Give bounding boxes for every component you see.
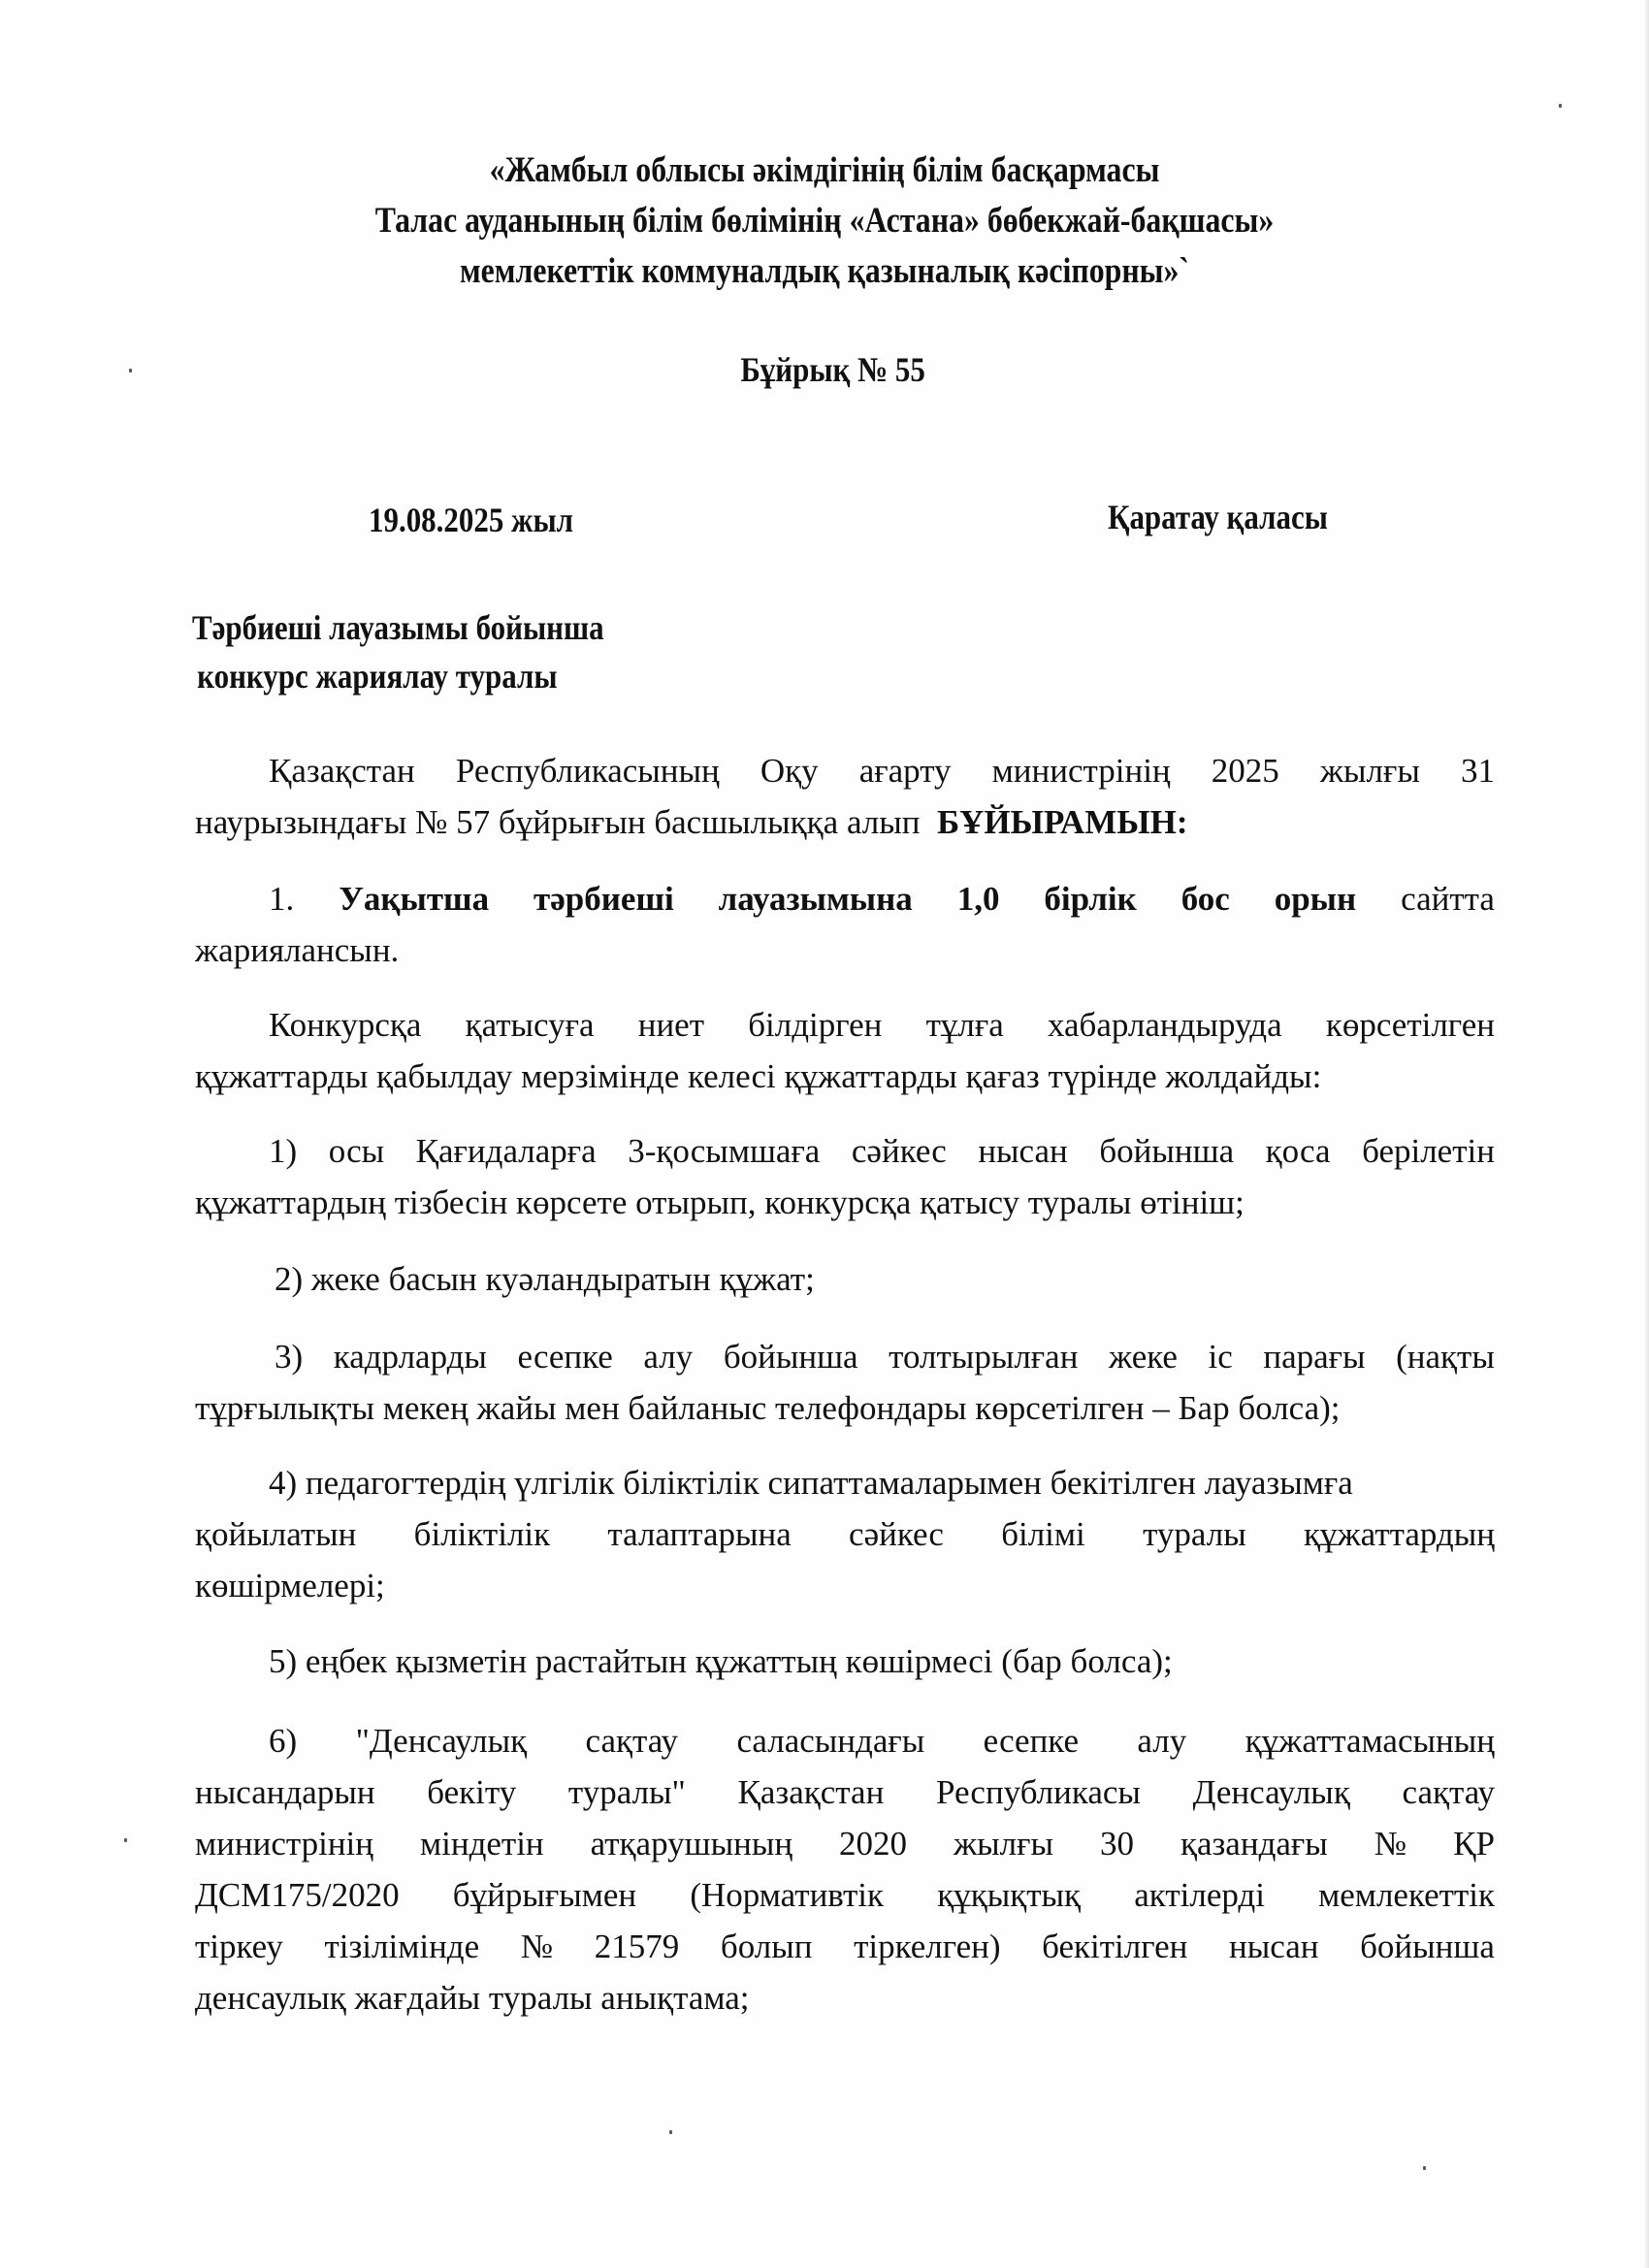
intro-line-2: наурызындағы № 57 бұйрығын басшылыққа ал… xyxy=(195,796,1495,848)
order-title: Бұйрық № 55 xyxy=(115,349,1534,390)
document-list-item-6: 6) "Денсаулық сақтау саласындағы есепке … xyxy=(195,1715,1495,2024)
item1-line-2: жариялансын. xyxy=(195,924,1495,976)
scan-speck xyxy=(124,1838,127,1842)
item1-line-1: 1. Уақытша тәрбиеші лауазымына 1,0 бірлі… xyxy=(195,873,1495,924)
subject-line-2: конкурс жариялау туралы xyxy=(192,652,604,700)
document-list-item-5: 5) еңбек қызметін растайтын құжаттың көш… xyxy=(195,1636,1495,1687)
decree-keyword: БҰЙЫРАМЫН: xyxy=(937,803,1187,841)
document-page: «Жамбыл облысы әкімдігінің білім басқарм… xyxy=(0,0,1649,2268)
scan-speck xyxy=(1423,2166,1426,2170)
order-date: 19.08.2025 жыл xyxy=(369,500,573,540)
intro-paragraph: Қазақстан Республикасының Оқу ағарту мин… xyxy=(195,745,1495,848)
intro-line-1: Қазақстан Республикасының Оқу ағарту мин… xyxy=(195,745,1495,796)
documents-intro-paragraph: Конкурсқа қатысуға ниет білдірген тұлға … xyxy=(195,999,1495,1102)
document-list-item-2: 2) жеке басын куәландыратын құжат; xyxy=(195,1253,1495,1305)
subject-line-1: Тәрбиеші лауазымы бойынша xyxy=(192,603,604,652)
scan-edge-shadow xyxy=(1643,0,1649,2268)
scan-speck xyxy=(129,369,132,373)
organization-header: «Жамбыл облысы әкімдігінің білім басқарм… xyxy=(115,146,1534,297)
header-line-1: «Жамбыл облысы әкімдігінің білім басқарм… xyxy=(115,146,1534,196)
docs-intro-line-1: Конкурсқа қатысуға ниет білдірген тұлға … xyxy=(195,999,1495,1051)
decree-item-1: 1. Уақытша тәрбиеші лауазымына 1,0 бірлі… xyxy=(195,873,1495,976)
header-line-2: Талас ауданының білім бөлімінің «Астана»… xyxy=(115,196,1534,246)
document-list-item-4: 4) педагогтердің үлгілік біліктілік сипа… xyxy=(195,1457,1495,1611)
docs-intro-line-2: құжаттарды қабылдау мерзімінде келесі құ… xyxy=(195,1051,1495,1102)
document-list-item-1: 1) осы Қағидаларға 3-қосымшаға сәйкес ны… xyxy=(195,1125,1495,1228)
scan-speck xyxy=(1559,104,1562,108)
order-city: Қаратау қаласы xyxy=(1108,497,1328,537)
header-line-3: мемлекеттік коммуналдық қазыналық кәсіпо… xyxy=(115,246,1534,297)
order-subject: Тәрбиеші лауазымы бойынша конкурс жариял… xyxy=(192,603,604,700)
scan-speck xyxy=(669,2130,672,2134)
document-list-item-3: 3) кадрларды есепке алу бойынша толтырыл… xyxy=(195,1331,1495,1434)
